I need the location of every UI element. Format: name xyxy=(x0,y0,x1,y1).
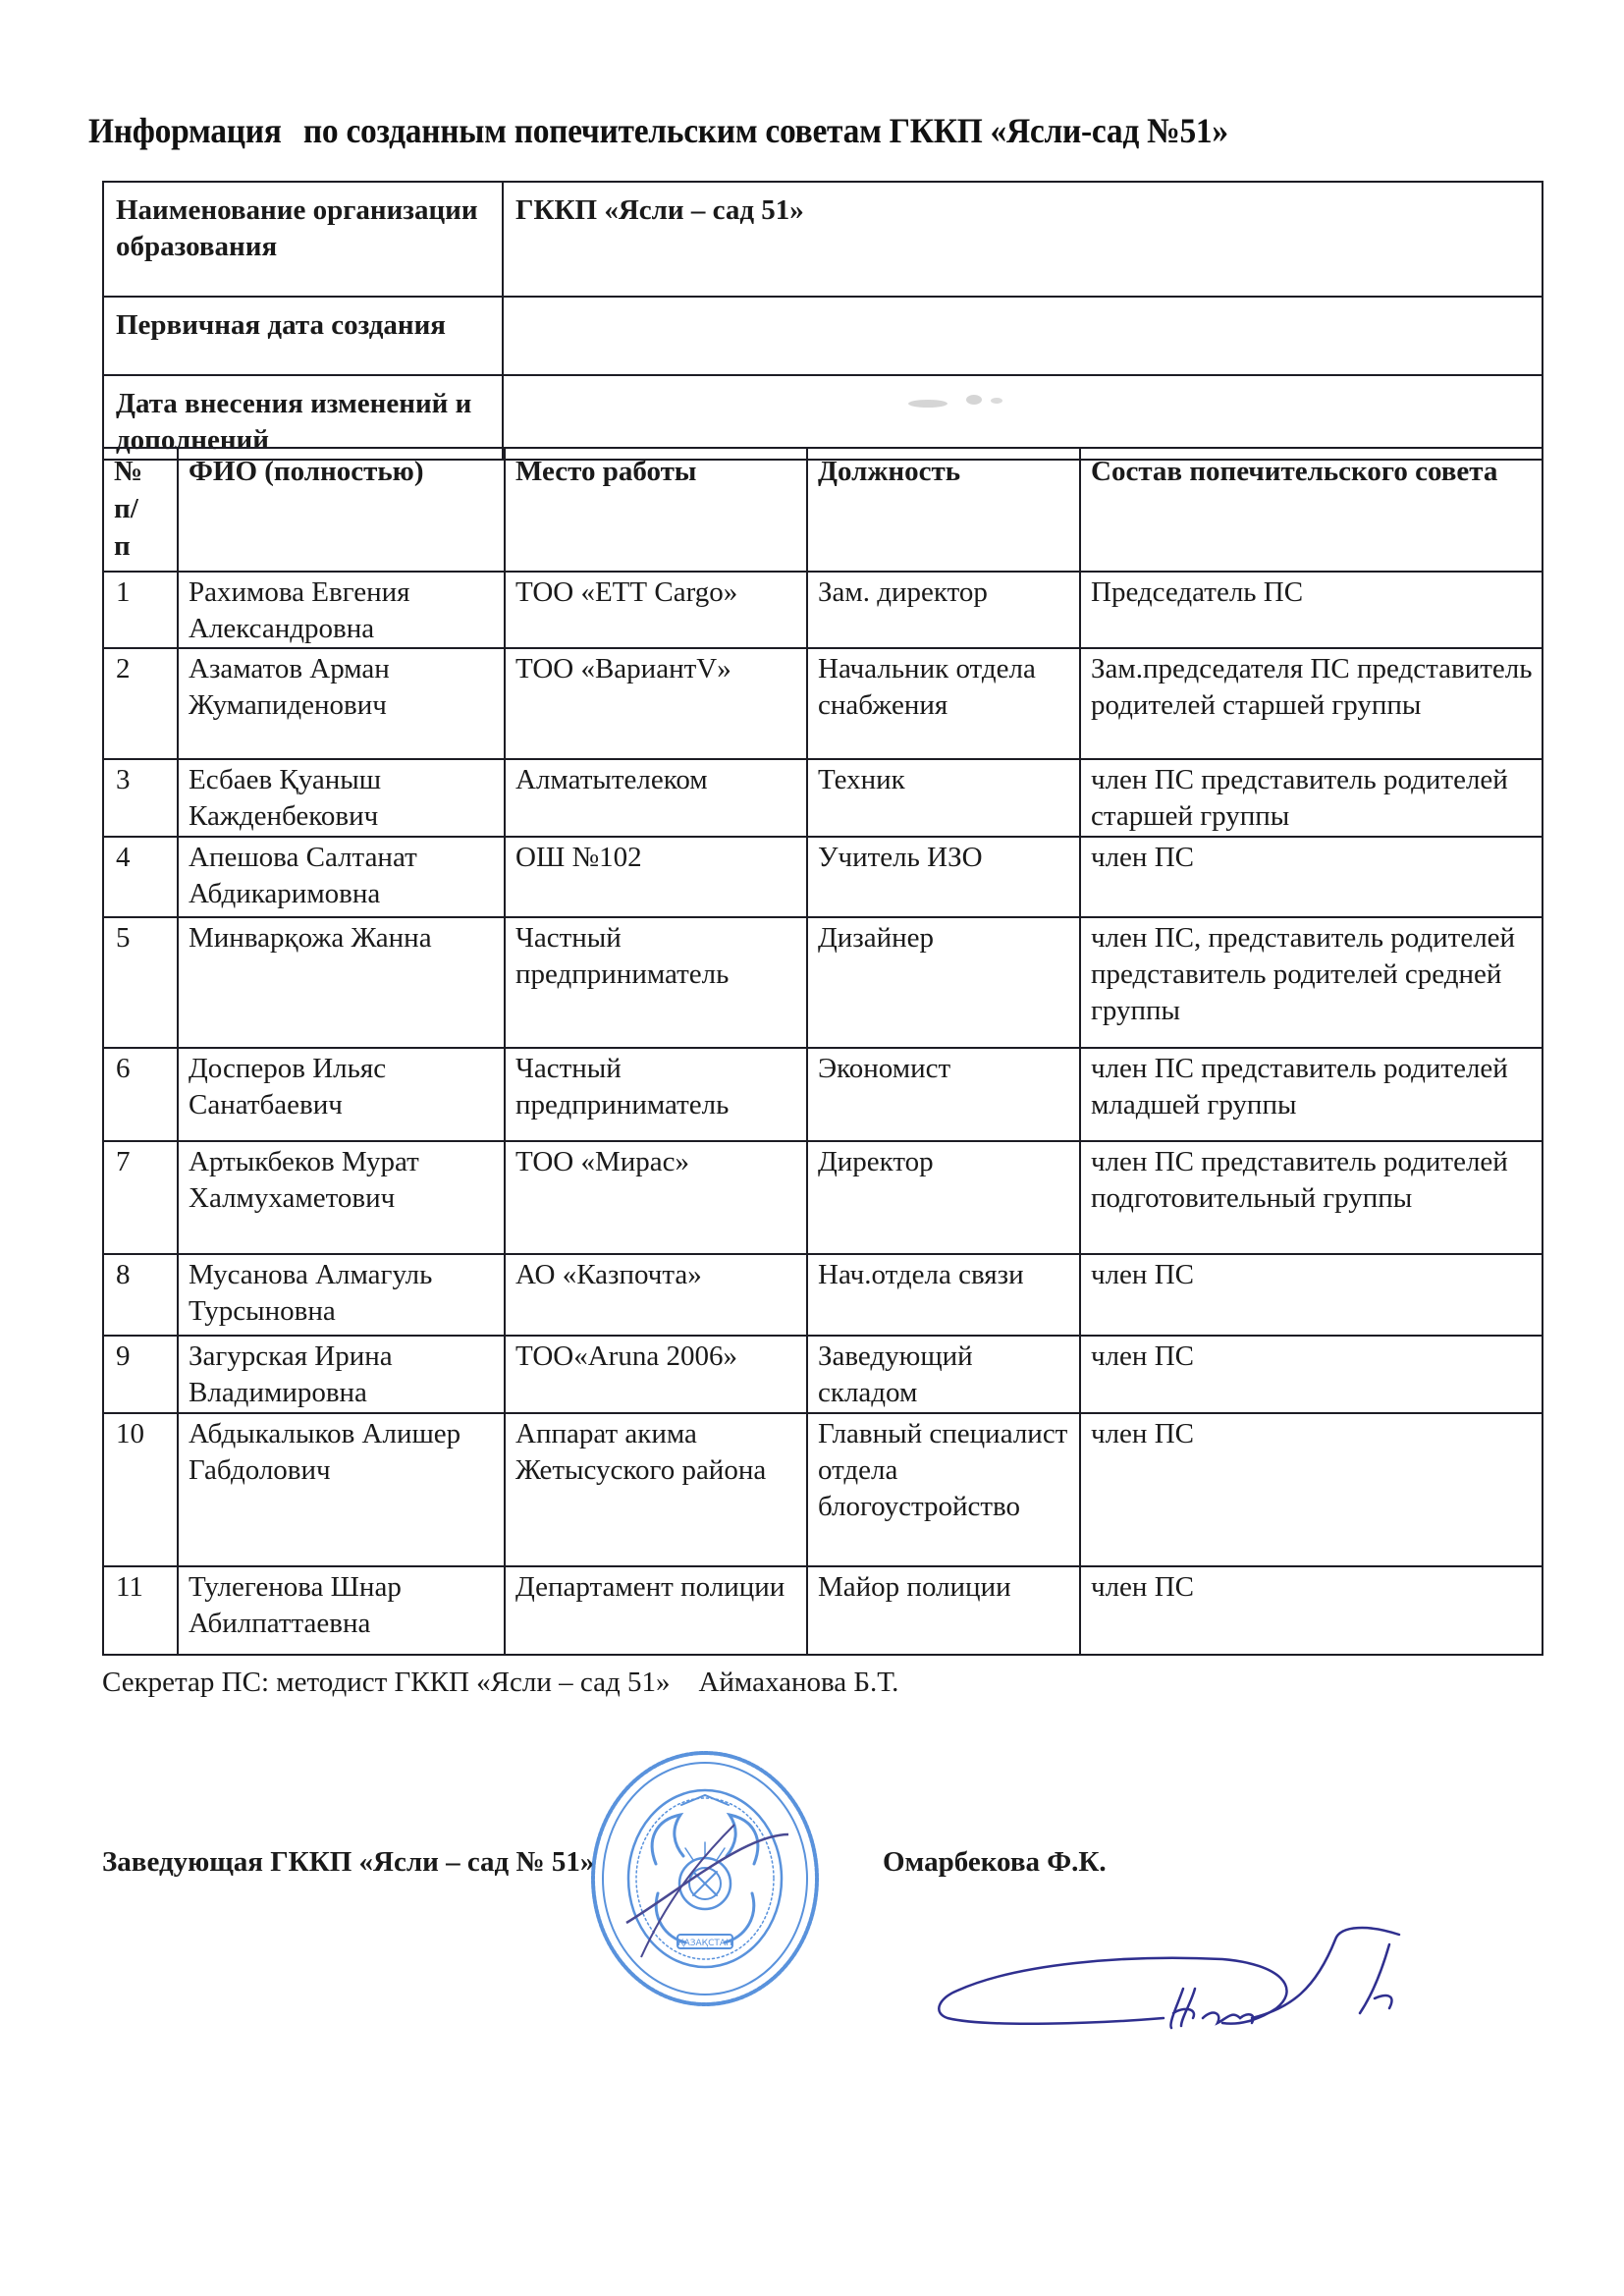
cell-name: Загурская Ирина Владимировна xyxy=(178,1336,505,1413)
cell-name: Есбаев Қуаныш Кажденбекович xyxy=(178,759,505,837)
seal-center-text: ҚАЗАҚСТАН xyxy=(677,1939,732,1948)
cell-name: Досперов Ильяс Санатбаевич xyxy=(178,1048,505,1141)
table-row: 11Тулегенова Шнар АбилпаттаевнаДепартаме… xyxy=(103,1566,1543,1655)
col-header-role: Состав попечительского совета xyxy=(1080,448,1543,572)
cell-role: член ПС xyxy=(1080,1413,1543,1566)
cell-num: 8 xyxy=(103,1254,178,1336)
cell-workplace: Аппарат акима Жетысуского района xyxy=(505,1413,807,1566)
table-row: 10Абдыкалыков Алишер ГабдоловичАппарат а… xyxy=(103,1413,1543,1566)
table-header-row: № п/п ФИО (полностью) Место работы Должн… xyxy=(103,448,1543,572)
cell-workplace: Частный предприниматель xyxy=(505,1048,807,1141)
info-row-organization: Наименование организации образования ГКК… xyxy=(103,182,1543,297)
cell-num: 9 xyxy=(103,1336,178,1413)
cell-role: член ПС, представитель родителей предста… xyxy=(1080,917,1543,1048)
cell-workplace: Алматытелеком xyxy=(505,759,807,837)
cell-name: Мусанова Алмагуль Турсыновна xyxy=(178,1254,505,1336)
cell-workplace: ТОО «ВариантV» xyxy=(505,648,807,759)
cell-name: Рахимова Евгения Александровна xyxy=(178,572,505,648)
cell-role: член ПС представитель родителей младшей … xyxy=(1080,1048,1543,1141)
table-row: 3Есбаев Қуаныш КажденбековичАлматытелеко… xyxy=(103,759,1543,837)
head-name: Омарбекова Ф.К. xyxy=(883,1846,1107,1879)
head-organization: Заведующая ГККП «Ясли – сад № 51» xyxy=(102,1846,594,1879)
cell-name: Артыкбеков Мурат Халмухаметович xyxy=(178,1141,505,1254)
col-header-work: Место работы xyxy=(505,448,807,572)
organization-info-table: Наименование организации образования ГКК… xyxy=(102,181,1543,461)
document-title: Информацияпо созданным попечительским со… xyxy=(88,110,1403,151)
title-rest: по созданным попечительским советам ГККП… xyxy=(303,111,1228,150)
cell-role: член ПС xyxy=(1080,1254,1543,1336)
board-members-table: № п/п ФИО (полностью) Место работы Должн… xyxy=(102,447,1543,1656)
cell-position: Зам. директор xyxy=(807,572,1080,648)
col-header-position: Должность xyxy=(807,448,1080,572)
cell-position: Заведующий складом xyxy=(807,1336,1080,1413)
table-row: 6Досперов Ильяс СанатбаевичЧастный предп… xyxy=(103,1048,1543,1141)
cell-name: Минварқожа Жанна xyxy=(178,917,505,1048)
cell-role: член ПС xyxy=(1080,1336,1543,1413)
cell-num: 11 xyxy=(103,1566,178,1655)
cell-num: 2 xyxy=(103,648,178,759)
info-row-created: Первичная дата создания xyxy=(103,297,1543,375)
cell-workplace: ТОО «Мирас» xyxy=(505,1141,807,1254)
cell-role: член ПС xyxy=(1080,1566,1543,1655)
table-row: 8Мусанова Алмагуль ТурсыновнаАО «Казпочт… xyxy=(103,1254,1543,1336)
cell-workplace: АО «Казпочта» xyxy=(505,1254,807,1336)
created-value xyxy=(503,297,1543,375)
cell-workplace: ТОО «ЕТТ Cargo» xyxy=(505,572,807,648)
table-row: 9Загурская Ирина ВладимировнаТОО«Aruna 2… xyxy=(103,1336,1543,1413)
handwritten-signature-icon xyxy=(928,1920,1419,2038)
cell-role: Зам.председателя ПС представитель родите… xyxy=(1080,648,1543,759)
cell-role: член ПС xyxy=(1080,837,1543,917)
created-label: Первичная дата создания xyxy=(103,297,503,375)
table-row: 5Минварқожа ЖаннаЧастный предприниматель… xyxy=(103,917,1543,1048)
cell-name: Абдыкалыков Алишер Габдолович xyxy=(178,1413,505,1566)
table-row: 4Апешова Салтанат АбдикаримовнаОШ №102Уч… xyxy=(103,837,1543,917)
cell-role: Председатель ПС xyxy=(1080,572,1543,648)
cell-position: Майор полиции xyxy=(807,1566,1080,1655)
official-seal-icon: ҚАЗАҚСТАН xyxy=(587,1746,823,2011)
secretary-line: Секретар ПС: методист ГККП «Ясли – сад 5… xyxy=(102,1667,898,1699)
cell-num: 6 xyxy=(103,1048,178,1141)
cell-num: 3 xyxy=(103,759,178,837)
cell-position: Дизайнер xyxy=(807,917,1080,1048)
cell-name: Азаматов Арман Жумапиденович xyxy=(178,648,505,759)
cell-position: Начальник отдела снабжения xyxy=(807,648,1080,759)
org-value: ГККП «Ясли – сад 51» xyxy=(503,182,1543,297)
col-header-num: № п/п xyxy=(103,448,178,572)
cell-position: Директор xyxy=(807,1141,1080,1254)
cell-position: Главный специалист отдела блогоустройств… xyxy=(807,1413,1080,1566)
cell-num: 1 xyxy=(103,572,178,648)
cell-position: Техник xyxy=(807,759,1080,837)
cell-name: Апешова Салтанат Абдикаримовна xyxy=(178,837,505,917)
cell-position: Учитель ИЗО xyxy=(807,837,1080,917)
table-row: 7Артыкбеков Мурат ХалмухаметовичТОО «Мир… xyxy=(103,1141,1543,1254)
org-label: Наименование организации образования xyxy=(103,182,503,297)
col-header-name: ФИО (полностью) xyxy=(178,448,505,572)
cell-workplace: Частный предприниматель xyxy=(505,917,807,1048)
cell-num: 5 xyxy=(103,917,178,1048)
cell-workplace: ОШ №102 xyxy=(505,837,807,917)
cell-name: Тулегенова Шнар Абилпаттаевна xyxy=(178,1566,505,1655)
cell-num: 7 xyxy=(103,1141,178,1254)
cell-workplace: ТОО«Aruna 2006» xyxy=(505,1336,807,1413)
cell-num: 4 xyxy=(103,837,178,917)
cell-position: Экономист xyxy=(807,1048,1080,1141)
title-lead: Информация xyxy=(88,111,282,150)
cell-role: член ПС представитель родителей подготов… xyxy=(1080,1141,1543,1254)
table-row: 1Рахимова Евгения АлександровнаТОО «ЕТТ … xyxy=(103,572,1543,648)
table-row: 2Азаматов Арман ЖумапиденовичТОО «Вариан… xyxy=(103,648,1543,759)
cell-position: Нач.отдела связи xyxy=(807,1254,1080,1336)
cell-role: член ПС представитель родителей старшей … xyxy=(1080,759,1543,837)
cell-workplace: Департамент полиции xyxy=(505,1566,807,1655)
cell-num: 10 xyxy=(103,1413,178,1566)
